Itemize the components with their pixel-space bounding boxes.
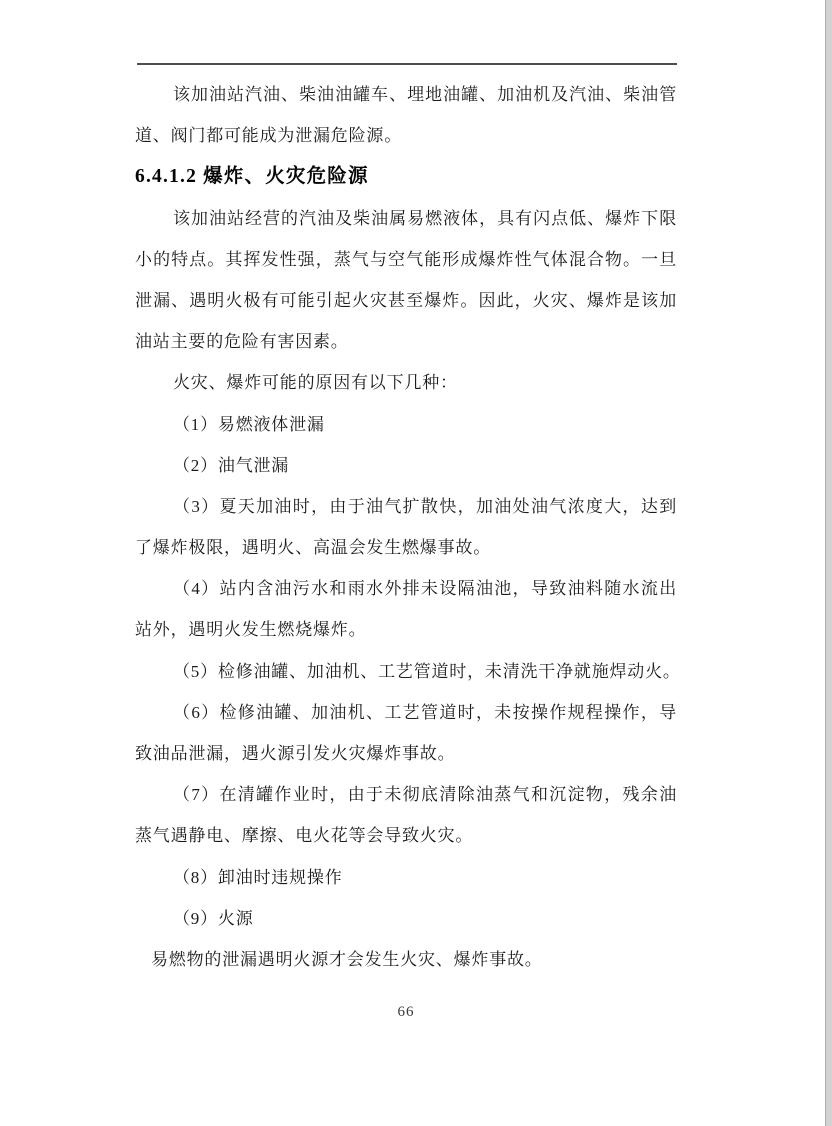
list-item-line: （3）夏天加油时，由于油气扩散快，加油处油气浓度大，达到 xyxy=(135,486,677,527)
paragraph-line: 火灾、爆炸可能的原因有以下几种： xyxy=(135,362,677,403)
list-item-line: （5）检修油罐、加油机、工艺管道时，未清洗干净就施焊动火。 xyxy=(135,651,677,692)
list-item-line: （1）易燃液体泄漏 xyxy=(135,404,677,445)
document-page: 该加油站汽油、柴油油罐车、埋地油罐、加油机及汽油、柴油管 道、阀门都可能成为泄漏… xyxy=(0,0,832,1126)
list-item-line: （6）检修油罐、加油机、工艺管道时，未按操作规程操作，导 xyxy=(135,692,677,733)
paragraph-line: 泄漏、遇明火极有可能引起火灾甚至爆炸。因此，火灾、爆炸是该加 xyxy=(135,280,677,321)
list-item-line: （8）卸油时违规操作 xyxy=(135,857,677,898)
list-item-line: （2）油气泄漏 xyxy=(135,445,677,486)
page-number: 66 xyxy=(135,1000,677,1024)
paragraph-line: 该加油站经营的汽油及柴油属易燃液体，具有闪点低、爆炸下限 xyxy=(135,198,677,239)
list-item-line: 蒸气遇静电、摩擦、电火花等会导致火灾。 xyxy=(135,815,677,856)
header-rule xyxy=(137,63,677,65)
paragraph-line: 油站主要的危险有害因素。 xyxy=(135,321,677,362)
paragraph-line: 易燃物的泄漏遇明火源才会发生火灾、爆炸事故。 xyxy=(135,939,677,980)
list-item-line: 了爆炸极限，遇明火、高温会发生燃爆事故。 xyxy=(135,527,677,568)
paragraph-line: 小的特点。其挥发性强，蒸气与空气能形成爆炸性气体混合物。一旦 xyxy=(135,239,677,280)
list-item-line: （7）在清罐作业时，由于未彻底清除油蒸气和沉淀物，残余油 xyxy=(135,774,677,815)
section-heading: 6.4.1.2 爆炸、火灾危险源 xyxy=(135,156,677,197)
list-item-line: 站外，遇明火发生燃烧爆炸。 xyxy=(135,609,677,650)
list-item-line: （4）站内含油污水和雨水外排未设隔油池，导致油料随水流出 xyxy=(135,568,677,609)
paragraph-line: 道、阀门都可能成为泄漏危险源。 xyxy=(135,115,677,156)
page-edge-strip xyxy=(825,0,832,1126)
paragraph-line: 该加油站汽油、柴油油罐车、埋地油罐、加油机及汽油、柴油管 xyxy=(135,74,677,115)
list-item-line: （9）火源 xyxy=(135,898,677,939)
document-body: 该加油站汽油、柴油油罐车、埋地油罐、加油机及汽油、柴油管 道、阀门都可能成为泄漏… xyxy=(135,74,677,980)
list-item-line: 致油品泄漏，遇火源引发火灾爆炸事故。 xyxy=(135,733,677,774)
